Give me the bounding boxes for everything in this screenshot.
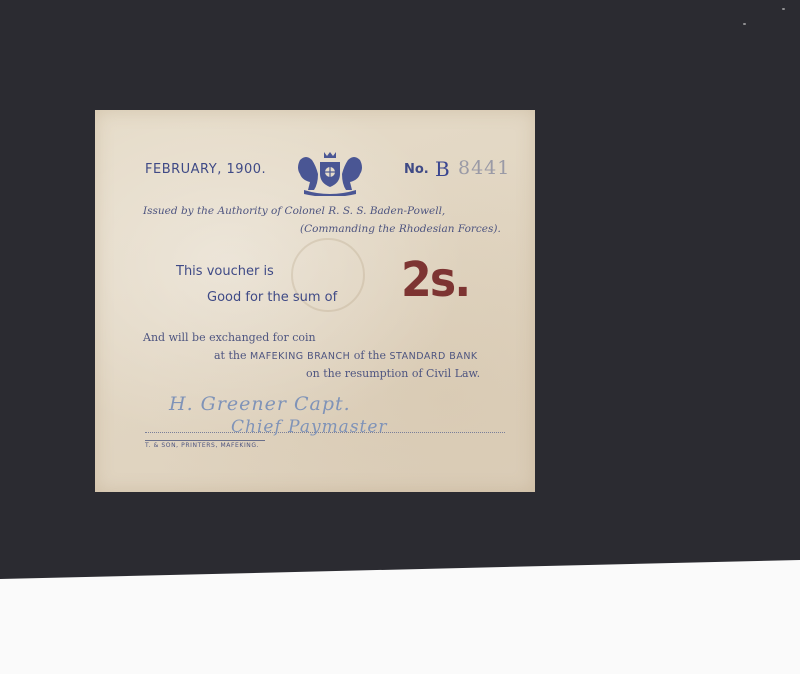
coat-of-arms-icon	[290, 150, 370, 196]
voucher-amount: 2s.	[401, 252, 469, 308]
exchange-line-3: on the resumption of Civil Law.	[306, 367, 480, 380]
exchange-line-2-pre: at the	[214, 349, 247, 362]
printer-imprint: T. & SON, PRINTERS, MAFEKING.	[145, 442, 259, 449]
body-line-1: This voucher is	[176, 264, 274, 279]
serial-label: No.	[404, 162, 429, 177]
exchange-line-2: at the MAFEKING BRANCH of the STANDARD B…	[214, 349, 478, 362]
exchange-line-1: And will be exchanged for coin	[143, 331, 316, 344]
printer-rule	[145, 440, 265, 441]
serial-number: 8441	[458, 157, 510, 179]
voucher-date: FEBRUARY, 1900.	[145, 162, 266, 177]
scanner-bed	[0, 560, 800, 674]
signature-name: H. Greener Capt.	[169, 393, 351, 415]
bank-name: STANDARD BANK	[390, 351, 478, 362]
exchange-line-2-mid: of the	[354, 349, 386, 362]
dust-speck	[782, 8, 785, 10]
body-line-2: Good for the sum of	[207, 290, 337, 305]
authority-line-2: (Commanding the Rhodesian Forces).	[300, 223, 501, 235]
authority-line-1: Issued by the Authority of Colonel R. S.…	[143, 205, 445, 217]
dust-speck	[743, 23, 746, 25]
siege-voucher: FEBRUARY, 1900. No. B 8441 Issued by the…	[95, 110, 535, 492]
signature-title: Chief Paymaster	[231, 417, 388, 437]
serial-prefix: B	[435, 157, 450, 181]
branch-name: MAFEKING BRANCH	[250, 351, 350, 362]
